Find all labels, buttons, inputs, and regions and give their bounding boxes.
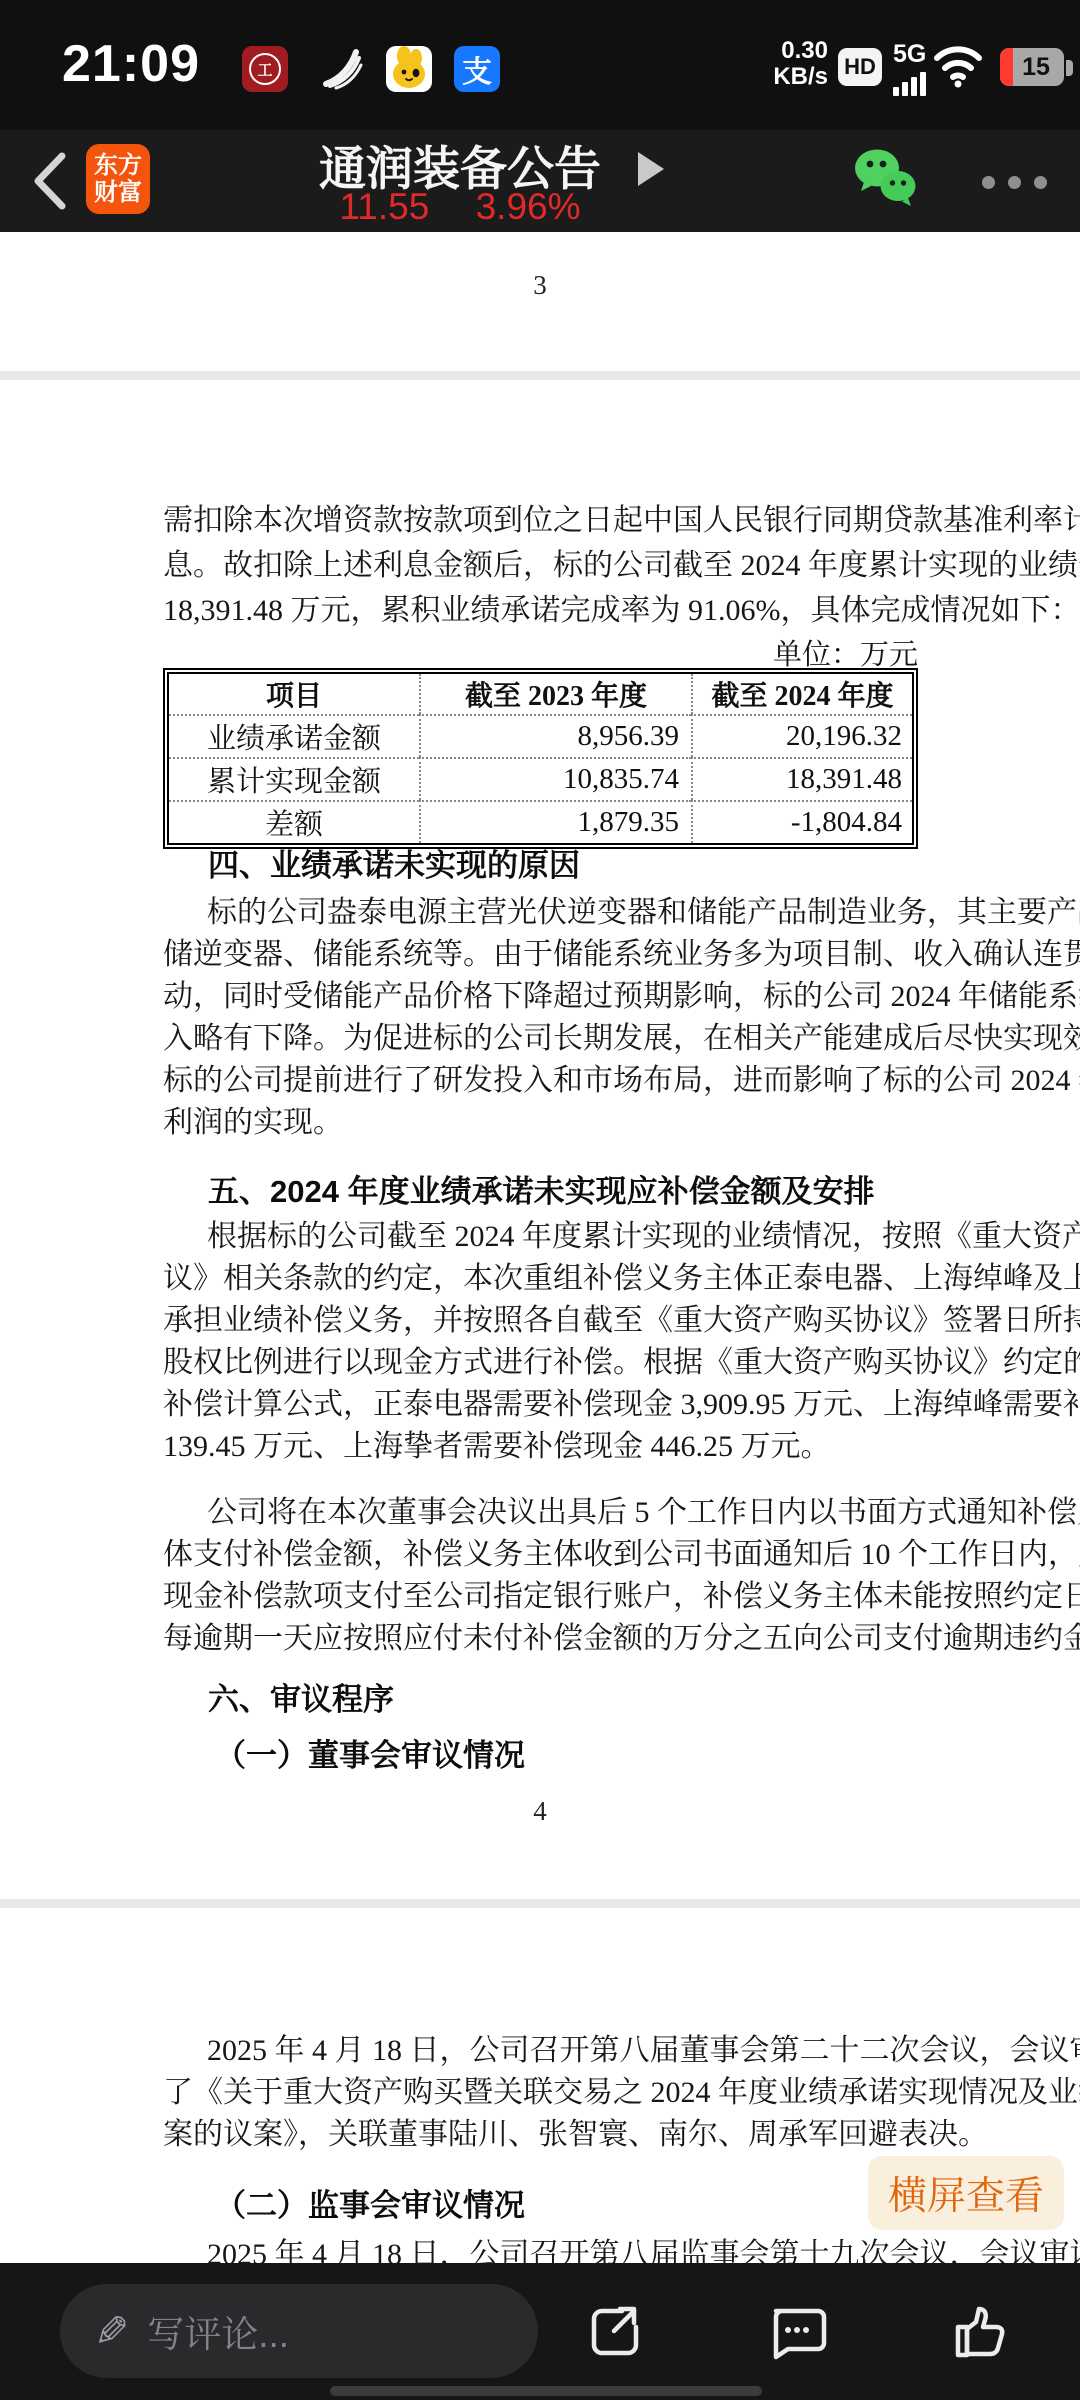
table-row: 累计实现金额 10,835.74 18,391.48	[169, 757, 912, 800]
text-line: 体支付补偿金额，补偿义务主体收到公司书面通知后 10 个工作日内，应将上述	[163, 1534, 933, 1576]
table-cell: 业绩承诺金额	[169, 714, 419, 757]
section-4-title: 四、业绩承诺未实现的原因	[163, 840, 933, 885]
text-line: 标的公司提前进行了研发投入和市场布局，进而影响了标的公司 2024 年度承诺	[163, 1060, 933, 1102]
section-5-title: 五、2024 年度业绩承诺未实现应补偿金额及安排	[163, 1166, 933, 1211]
swoosh-icon	[320, 46, 366, 92]
stock-price: 11.55	[339, 186, 429, 227]
home-indicator[interactable]	[330, 2386, 762, 2396]
clock: 21:09	[62, 34, 200, 94]
battery-percent: 15	[1022, 53, 1050, 82]
network-type: 5G	[893, 40, 926, 69]
battery-nub	[1066, 60, 1073, 76]
like-button[interactable]	[948, 2299, 1014, 2370]
share-icon	[582, 2299, 648, 2365]
section-6-title: 六、审议程序	[163, 1674, 933, 1719]
logo-text-bottom: 财富	[94, 179, 142, 206]
text-line: 案的议案》，关联董事陆川、张智寰、南尔、周承军回避表决。	[163, 2114, 933, 2156]
net-speed-value: 0.30	[762, 38, 828, 64]
status-bar: 21:09 工 支 0.30 KB/s HD 5G	[0, 0, 1080, 130]
page-number-4: 4	[0, 1796, 1080, 1827]
alipay-notification-icon: 支	[454, 46, 500, 92]
paragraph-intro: 需扣除本次增资款按款项到位之日起中国人民银行同期贷款基准利率计算的利息。故扣除上…	[163, 498, 933, 633]
page-separator	[0, 1899, 1080, 1908]
paragraph-board-meeting: 2025 年 4 月 18 日，公司召开第八届董事会第二十二次会议，会议审议通过…	[163, 2030, 933, 2156]
paragraph-supervisory-meeting: 2025 年 4 月 18 日，公司召开第八届监事会第十九次会议，会议审议通过了	[163, 2234, 933, 2263]
text-line: 2025 年 4 月 18 日，公司召开第八届监事会第十九次会议，会议审议通过了	[163, 2234, 933, 2263]
text-line: 了《关于重大资产购买暨关联交易之 2024 年度业绩承诺实现情况及业绩补偿方	[163, 2072, 933, 2114]
wechat-share-button[interactable]	[850, 146, 920, 219]
table-cell: -1,804.84	[691, 800, 912, 843]
screen: 21:09 工 支 0.30 KB/s HD 5G	[0, 0, 1080, 2400]
wifi-icon	[932, 44, 984, 93]
text-line: 入略有下降。为促进标的公司长期发展，在相关产能建成后尽快实现效益转化，	[163, 1018, 933, 1060]
table-cell: 18,391.48	[691, 757, 912, 800]
text-line: 2025 年 4 月 18 日，公司召开第八届董事会第二十二次会议，会议审议通过	[163, 2030, 933, 2072]
hd-badge: HD	[838, 48, 882, 86]
share-button[interactable]	[582, 2299, 648, 2370]
text-line: 标的公司盎泰电源主营光伏逆变器和储能产品制造业务，其主要产品包括光	[163, 892, 933, 934]
section-6-sub2-title: （二）监事会审议情况	[163, 2180, 933, 2225]
battery-icon: 15	[1000, 48, 1064, 86]
page-number-3: 3	[0, 270, 1080, 301]
thumbs-up-icon	[948, 2299, 1014, 2365]
table-header-cell: 截至 2024 年度	[691, 674, 912, 714]
back-button[interactable]	[26, 150, 70, 217]
net-speed-unit: KB/s	[762, 64, 828, 90]
logo-text-top: 东方	[94, 152, 142, 179]
unit-label: 单位：万元	[163, 632, 918, 673]
text-line: 股权比例进行以现金方式进行补偿。根据《重大资产购买协议》约定的业绩承诺	[163, 1342, 933, 1384]
table-header-cell: 项目	[169, 674, 419, 714]
text-line: 根据标的公司截至 2024 年度累计实现的业绩情况，按照《重大资产购买协	[163, 1216, 933, 1258]
bunny-icon	[386, 46, 432, 92]
play-arrow-icon[interactable]	[638, 152, 664, 186]
text-line: 利润的实现。	[163, 1102, 933, 1144]
text-line: 公司将在本次董事会决议出具后 5 个工作日内以书面方式通知补偿义务主	[163, 1492, 933, 1534]
stock-quote[interactable]: 11.55 3.96%	[300, 186, 620, 228]
table-cell: 8,956.39	[419, 714, 691, 757]
swoosh-notification-icon	[320, 46, 366, 92]
comment-placeholder: 写评论...	[147, 2304, 289, 2358]
table-header-row: 项目 截至 2023 年度 截至 2024 年度	[169, 674, 912, 714]
text-line: 现金补偿款项支付至公司指定银行账户，补偿义务主体未能按照约定日期支付的，	[163, 1576, 933, 1618]
text-line: 需扣除本次增资款按款项到位之日起中国人民银行同期贷款基准利率计算的利	[163, 498, 933, 543]
comments-button[interactable]	[764, 2299, 830, 2370]
document-page-4: 需扣除本次增资款按款项到位之日起中国人民银行同期贷款基准利率计算的利息。故扣除上…	[0, 380, 1080, 1899]
text-line: 动，同时受储能产品价格下降超过预期影响，标的公司 2024 年储能系统实现收	[163, 976, 933, 1018]
table-cell: 20,196.32	[691, 714, 912, 757]
table-row: 业绩承诺金额 8,956.39 20,196.32	[169, 714, 912, 757]
stock-change-percent: 3.96%	[476, 186, 581, 227]
table-cell: 1,879.35	[419, 800, 691, 843]
page-separator	[0, 371, 1080, 380]
bunny-notification-icon	[386, 46, 432, 92]
document-page-3: 3	[0, 232, 1080, 371]
network-speed: 0.30 KB/s	[762, 38, 828, 90]
landscape-view-button[interactable]: 横屏查看	[868, 2156, 1064, 2230]
icbc-notification-icon: 工	[242, 46, 288, 92]
more-options-button[interactable]	[982, 176, 1047, 189]
performance-table: 项目 截至 2023 年度 截至 2024 年度 业绩承诺金额 8,956.39…	[163, 668, 918, 849]
table-header-cell: 截至 2023 年度	[419, 674, 691, 714]
signal-bars-icon	[893, 72, 926, 96]
table-cell: 差额	[169, 800, 419, 843]
pencil-icon: ✎	[94, 2307, 129, 2356]
text-line: 139.45 万元、上海挚者需要补偿现金 446.25 万元。	[163, 1426, 933, 1468]
battery-low-segment	[1000, 48, 1013, 86]
text-line: 补偿计算公式，正泰电器需要补偿现金 3,909.95 万元、上海绰峰需要补偿现金	[163, 1384, 933, 1426]
paragraph-section5-1: 根据标的公司截至 2024 年度累计实现的业绩情况，按照《重大资产购买协议》相关…	[163, 1216, 933, 1468]
bottom-action-bar: ✎ 写评论...	[0, 2263, 1080, 2400]
paragraph-section5-2: 公司将在本次董事会决议出具后 5 个工作日内以书面方式通知补偿义务主体支付补偿金…	[163, 1492, 933, 1660]
comment-input[interactable]: ✎ 写评论...	[60, 2284, 538, 2378]
text-line: 18,391.48 万元，累积业绩承诺完成率为 91.06%，具体完成情况如下：	[163, 588, 933, 633]
text-line: 承担业绩补偿义务，并按照各自截至《重大资产购买协议》签署日所持标的公司	[163, 1300, 933, 1342]
text-line: 议》相关条款的约定，本次重组补偿义务主体正泰电器、上海绰峰及上海挚者需	[163, 1258, 933, 1300]
comment-icon	[764, 2299, 830, 2365]
table-row: 差额 1,879.35 -1,804.84	[169, 800, 912, 843]
table-cell: 10,835.74	[419, 757, 691, 800]
table-cell: 累计实现金额	[169, 757, 419, 800]
text-line: 储逆变器、储能系统等。由于储能系统业务多为项目制、收入确认连贯性存在波	[163, 934, 933, 976]
paragraph-section4: 标的公司盎泰电源主营光伏逆变器和储能产品制造业务，其主要产品包括光储逆变器、储能…	[163, 892, 933, 1144]
nav-bar: 东方 财富 通润装备公告 11.55 3.96%	[0, 130, 1080, 232]
eastmoney-logo: 东方 财富	[86, 144, 150, 214]
text-line: 每逾期一天应按照应付未付补偿金额的万分之五向公司支付逾期违约金。	[163, 1618, 933, 1660]
text-line: 息。故扣除上述利息金额后，标的公司截至 2024 年度累计实现的业绩金额为	[163, 543, 933, 588]
section-6-sub1-title: （一）董事会审议情况	[163, 1730, 933, 1775]
